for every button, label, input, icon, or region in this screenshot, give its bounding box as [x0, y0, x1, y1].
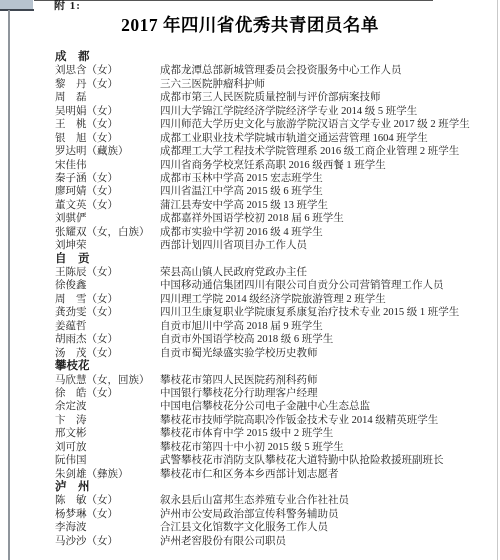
member-description: 攀枝花市第四十中小初 2015 级 5 班学生	[160, 441, 486, 454]
list-item: 马欣慧（女，回族）攀枝花市第四人民医院药剂科药师	[55, 374, 486, 387]
member-description: 合江县文化馆数字文化服务工作人员	[160, 521, 486, 534]
member-name: 银 旭（女）	[55, 132, 160, 145]
member-description: 四川师范大学历史文化与旅游学院汉语言文学专业 2017 级 2 班学生	[160, 118, 486, 131]
section-header-1: 自 贡	[55, 253, 486, 266]
list-item: 阮伟国武警攀枝花市消防支队攀枝花大道特勤中队抢险救援班副班长	[55, 454, 486, 467]
list-item: 吴明娟（女）四川大学锦江学院经济学院经济学专业 2014 级 5 班学生	[55, 105, 486, 118]
list-item: 汤 茂（女）自贡市蜀光绿盛实验学校历史教师	[55, 347, 486, 360]
member-name: 李海波	[55, 521, 160, 534]
list-item: 徐 皓（女）中国银行攀枝花分行助理客户经理	[55, 387, 486, 400]
section-header-3: 泸 州	[55, 481, 486, 494]
member-name: 王陈辰（女）	[55, 266, 160, 279]
list-item: 刘可放攀枝花市第四十中小初 2015 级 5 班学生	[55, 441, 486, 454]
member-description: 四川卫生康复职业学院康复系康复治疗技术专业 2015 级 1 班学生	[160, 306, 486, 319]
page-title: 2017 年四川省优秀共青团员名单	[0, 12, 500, 37]
scan-corner-underline	[0, 9, 34, 11]
list-item: 廖珂婧（女）四川省温江中学高 2015 级 6 班学生	[55, 185, 486, 198]
member-name: 秦子涵（女）	[55, 172, 160, 185]
list-item: 宋佳伟四川省商务学校烹饪系高职 2016 级西餐 1 班学生	[55, 159, 486, 172]
member-description: 成都理工大学工程技术学院管理系 2016 级工商企业管理 2 班学生	[160, 145, 486, 158]
list-item: 姜蕴哲自贡市旭川中学高 2018 届 9 班学生	[55, 320, 486, 333]
list-item: 余定波中国电信攀枝花分公司电子金融中心生态总监	[55, 400, 486, 413]
member-description: 四川省商务学校烹饪系高职 2016 级西餐 1 班学生	[160, 159, 486, 172]
member-name: 刘思含（女）	[55, 64, 160, 77]
member-name: 汤 茂（女）	[55, 347, 160, 360]
member-description: 攀枝花市体育中学 2015 级中 2 班学生	[160, 427, 486, 440]
member-name: 廖珂婧（女）	[55, 185, 160, 198]
list-item: 刘思含（女）成都龙潭总部新城管理委员会投资服务中心工作人员	[55, 64, 486, 77]
document-page: 附 1: 2017 年四川省优秀共青团员名单 成 都刘思含（女）成都龙潭总部新城…	[0, 0, 500, 560]
member-description: 自贡市旭川中学高 2018 届 9 班学生	[160, 320, 486, 333]
list-item: 刘坤荣西部计划四川省项目办工作人员	[55, 239, 486, 252]
list-item: 王 桃（女）四川师范大学历史文化与旅游学院汉语言文学专业 2017 级 2 班学…	[55, 118, 486, 131]
member-name: 邢文彬	[55, 427, 160, 440]
member-name: 阮伟国	[55, 454, 160, 467]
list-item: 胡雨杰（女）自贡市外国语学校高 2018 级 6 班学生	[55, 333, 486, 346]
list-item: 周 磊成都市第三人民医院质量控制与评价部病案技师	[55, 91, 486, 104]
member-description: 荣县高山镇人民政府党政办主任	[160, 266, 486, 279]
member-name: 胡雨杰（女）	[55, 333, 160, 346]
member-description: 成都嘉祥外国语学校初 2018 届 6 班学生	[160, 212, 486, 225]
member-description: 三六三医院肿瘤科护师	[160, 78, 486, 91]
member-name: 徐俊鑫	[55, 279, 160, 292]
section-header-0: 成 都	[55, 51, 486, 64]
list-item: 罗达明（藏族）成都理工大学工程技术学院管理系 2016 级工商企业管理 2 班学…	[55, 145, 486, 158]
member-description: 成都市实验中学初 2016 级 4 班学生	[160, 226, 486, 239]
member-name: 黎 丹（女）	[55, 78, 160, 91]
list-item: 朱剑雄（彝族）攀枝花市仁和区务本乡西部计划志愿者	[55, 468, 486, 481]
list-item: 陈 敏（女）叙永县后山富邦生态养殖专业合作社社员	[55, 494, 486, 507]
member-description: 中国银行攀枝花分行助理客户经理	[160, 387, 486, 400]
list-item: 黎 丹（女）三六三医院肿瘤科护师	[55, 78, 486, 91]
member-name: 刘坤荣	[55, 239, 160, 252]
member-name: 龚劲雯（女）	[55, 306, 160, 319]
list-item: 马沙沙（女）泸州老窖股份有限公司职员	[55, 535, 486, 548]
member-name: 吴明娟（女）	[55, 105, 160, 118]
member-description: 成都龙潭总部新城管理委员会投资服务中心工作人员	[160, 64, 486, 77]
list-item: 秦子涵（女）成都市玉林中学高 2015 宏志班学生	[55, 172, 486, 185]
member-description: 自贡市蜀光绿盛实验学校历史教师	[160, 347, 486, 360]
member-name: 刘骐俨	[55, 212, 160, 225]
member-name: 卞 涛	[55, 414, 160, 427]
member-description: 四川省温江中学高 2015 级 6 班学生	[160, 185, 486, 198]
list-item: 王陈辰（女）荣县高山镇人民政府党政办主任	[55, 266, 486, 279]
member-name: 刘可放	[55, 441, 160, 454]
member-description: 西部计划四川省项目办工作人员	[160, 239, 486, 252]
list-item: 杨梦琳（女）泸州市公安局政治部宣传科警务辅助员	[55, 508, 486, 521]
member-description: 四川大学锦江学院经济学院经济学专业 2014 级 5 班学生	[160, 105, 486, 118]
scan-top-edge-line	[34, 0, 433, 1]
member-name: 徐 皓（女）	[55, 387, 160, 400]
member-description: 自贡市外国语学校高 2018 级 6 班学生	[160, 333, 486, 346]
list-item: 刘骐俨成都嘉祥外国语学校初 2018 届 6 班学生	[55, 212, 486, 225]
list-item: 银 旭（女）成都工业职业技术学院城市轨道交通运营管理 1604 班学生	[55, 132, 486, 145]
member-name: 朱剑雄（彝族）	[55, 468, 160, 481]
member-description: 中国电信攀枝花分公司电子金融中心生态总监	[160, 400, 486, 413]
member-name: 宋佳伟	[55, 159, 160, 172]
list-item: 徐俊鑫中国移动通信集团四川有限公司自贡分公司营销管理工作人员	[55, 279, 486, 292]
member-name: 董文英（女）	[55, 199, 160, 212]
member-description: 成都市玉林中学高 2015 宏志班学生	[160, 172, 486, 185]
list-item: 周 雪（女）四川理工学院 2014 级经济学院旅游管理 2 班学生	[55, 293, 486, 306]
member-name: 余定波	[55, 400, 160, 413]
member-name: 姜蕴哲	[55, 320, 160, 333]
member-description: 攀枝花市技师学院高职冷作钣金技术专业 2014 级精英班学生	[160, 414, 486, 427]
member-list: 成 都刘思含（女）成都龙潭总部新城管理委员会投资服务中心工作人员黎 丹（女）三六…	[55, 51, 486, 548]
section-header-2: 攀枝花	[55, 360, 486, 373]
member-description: 蒲江县寿安中学高 2015 级 13 班学生	[160, 199, 486, 212]
member-name: 马沙沙（女）	[55, 535, 160, 548]
member-description: 攀枝花市第四人民医院药剂科药师	[160, 374, 486, 387]
list-item: 龚劲雯（女）四川卫生康复职业学院康复系康复治疗技术专业 2015 级 1 班学生	[55, 306, 486, 319]
member-description: 中国移动通信集团四川有限公司自贡分公司营销管理工作人员	[160, 279, 486, 292]
member-description: 泸州老窖股份有限公司职员	[160, 535, 486, 548]
member-name: 王 桃（女）	[55, 118, 160, 131]
scan-corner-artifact	[0, 0, 33, 9]
scan-left-edge-line	[8, 10, 10, 560]
member-name: 周 磊	[55, 91, 160, 104]
member-name: 陈 敏（女）	[55, 494, 160, 507]
list-item: 张耀双（女，白族）成都市实验中学初 2016 级 4 班学生	[55, 226, 486, 239]
member-name: 周 雪（女）	[55, 293, 160, 306]
member-name: 罗达明（藏族）	[55, 145, 160, 158]
list-item: 邢文彬攀枝花市体育中学 2015 级中 2 班学生	[55, 427, 486, 440]
member-name: 马欣慧（女，回族）	[55, 374, 160, 387]
member-description: 成都工业职业技术学院城市轨道交通运营管理 1604 班学生	[160, 132, 486, 145]
member-description: 泸州市公安局政治部宣传科警务辅助员	[160, 508, 486, 521]
member-description: 攀枝花市仁和区务本乡西部计划志愿者	[160, 468, 486, 481]
list-item: 卞 涛攀枝花市技师学院高职冷作钣金技术专业 2014 级精英班学生	[55, 414, 486, 427]
member-name: 杨梦琳（女）	[55, 508, 160, 521]
member-description: 四川理工学院 2014 级经济学院旅游管理 2 班学生	[160, 293, 486, 306]
member-description: 武警攀枝花市消防支队攀枝花大道特勤中队抢险救援班副班长	[160, 454, 486, 467]
member-description: 成都市第三人民医院质量控制与评价部病案技师	[160, 91, 486, 104]
member-name: 张耀双（女，白族）	[55, 226, 160, 239]
scan-right-edge-line	[497, 0, 498, 560]
member-description: 叙永县后山富邦生态养殖专业合作社社员	[160, 494, 486, 507]
list-item: 李海波合江县文化馆数字文化服务工作人员	[55, 521, 486, 534]
list-item: 董文英（女）蒲江县寿安中学高 2015 级 13 班学生	[55, 199, 486, 212]
